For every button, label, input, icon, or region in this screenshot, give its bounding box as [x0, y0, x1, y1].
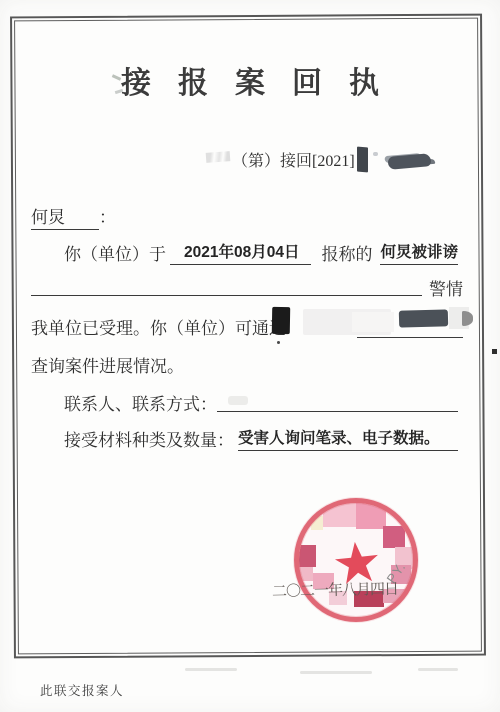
- incident-suffix: 警情: [429, 275, 463, 300]
- salutation-colon: ：: [99, 208, 116, 227]
- report-matter: 何炅被诽谤: [380, 244, 458, 261]
- incident-line: 警情: [31, 275, 463, 300]
- scan-smudge: [300, 671, 372, 674]
- seal-date: 二〇二一年八月四日: [272, 578, 398, 602]
- recipient-name: 何炅: [31, 203, 99, 230]
- redaction-block-doc-number: [357, 147, 368, 173]
- redaction-speck: [373, 152, 378, 156]
- salutation-line: 何炅：: [31, 203, 116, 230]
- redaction-smudge-unit-name: [206, 151, 231, 163]
- report-matter-underline: 何炅被诽谤: [380, 240, 458, 265]
- receipt-document-page: 接报案回执 （第）接回[2021] 何炅： 你（单位）于 2021年08月04日…: [0, 0, 500, 712]
- footer-note: 此联交报案人: [40, 681, 124, 699]
- contact-label: 联系人、联系方式：: [64, 390, 217, 415]
- progress-text: 查询案件进展情况。: [31, 352, 184, 377]
- materials-underline: 受害人询问笔录、电子数据。: [238, 426, 458, 451]
- redaction-block-doc-number-2: [387, 153, 431, 170]
- page-title: 接报案回执: [0, 58, 500, 102]
- report-line-mid: 报称的: [321, 240, 372, 265]
- redaction-light-box-2: [352, 312, 394, 332]
- materials-label: 接受材料种类及数量：: [64, 426, 234, 451]
- report-line-pre: 你（单位）于: [64, 240, 166, 265]
- redaction-dark-box: [399, 309, 448, 327]
- doc-number-line: （第）接回[2021]: [232, 147, 431, 172]
- redaction-dot: [277, 341, 280, 344]
- stray-ink-dot: [492, 349, 497, 354]
- materials-line: 接受材料种类及数量： 受害人询问笔录、电子数据。: [64, 426, 458, 451]
- acceptance-line: 我单位已受理。你（单位）可通过: [31, 314, 286, 339]
- report-statement-line: 你（单位）于 2021年08月04日 报称的 何炅被诽谤: [64, 240, 458, 265]
- scan-smudge-on-blank: [228, 396, 248, 405]
- scan-smudge: [418, 668, 458, 671]
- report-date: 2021年08月04日: [170, 240, 311, 265]
- materials-value: 受害人询问笔录、电子数据。: [238, 430, 440, 447]
- doc-number-prefix: （第）接回[2021]: [232, 148, 355, 171]
- progress-line: 查询案件进展情况。: [31, 352, 184, 377]
- official-seal: PY.: [294, 498, 418, 622]
- acceptance-partial-underline: [357, 337, 463, 338]
- seal-ring: [294, 498, 418, 622]
- contact-blank-underline: [217, 390, 458, 412]
- scan-smudge: [185, 668, 237, 671]
- contact-line: 联系人、联系方式：: [64, 390, 458, 415]
- acceptance-text: 我单位已受理。你（单位）可通过: [31, 314, 286, 339]
- redaction-black-box: [272, 307, 290, 334]
- incident-blank-underline: [31, 275, 422, 296]
